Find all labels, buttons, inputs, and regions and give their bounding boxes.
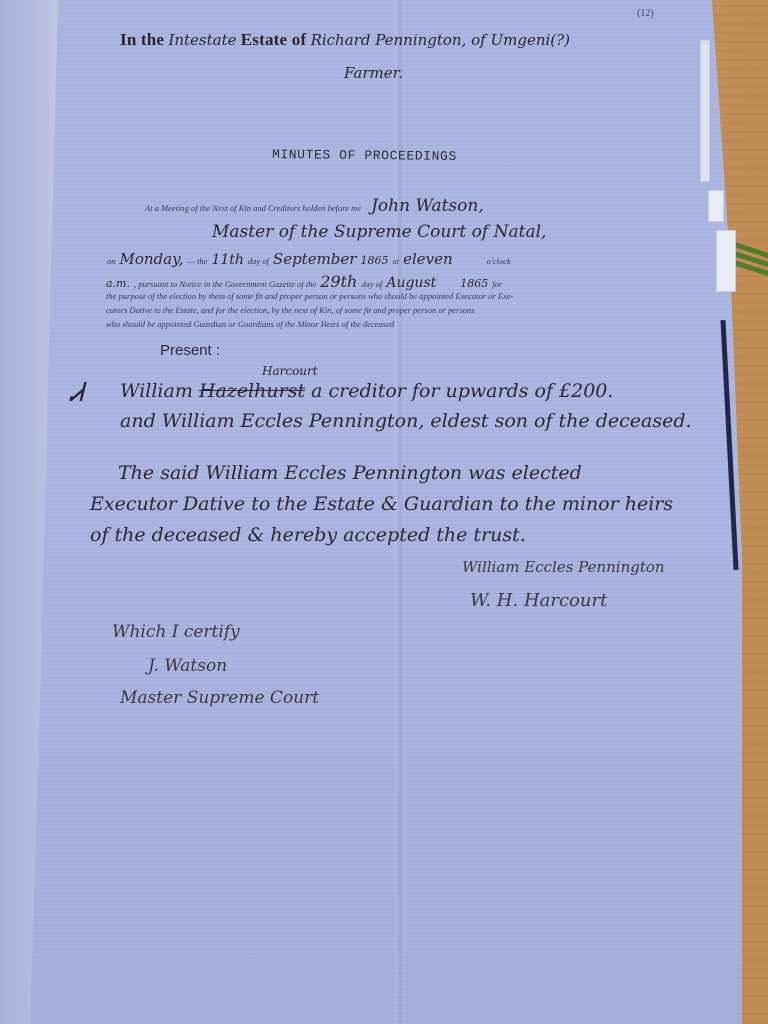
attendee-line-1: William Hazelhurst a creditor for upward… [120,380,613,402]
signature-executor: William Eccles Pennington [462,558,665,576]
certification-signature: J. Watson [148,656,227,676]
printed-day-of: day of [248,256,269,266]
meeting-year: 1865 [360,254,388,267]
printed-gazette-notice: , pursuant to Notice in the Government G… [134,279,316,289]
preamble-printed: At a Meeting of the Next of Kin and Cred… [145,203,361,213]
signature-creditor: W. H. Harcourt [470,590,607,611]
preamble-line-7: who should be appointed Guardian or Guar… [106,319,394,329]
present-label: Present : [160,342,220,359]
heading-estate-of: Estate of [241,30,307,49]
preamble-line-3: on Monday, — the 11th day of September 1… [107,250,511,269]
certification-line-1: Which I certify [112,622,240,642]
gazette-year: 1865 [460,277,488,290]
page-number: (12) [637,8,654,19]
preamble-line-4: a.m. , pursuant to Notice in the Governm… [106,272,502,292]
struck-surname: Hazelhurst [199,380,305,402]
attendee-first-name: William [120,380,193,402]
certification-title: Master Supreme Court [120,688,319,708]
printed-for: for [492,279,502,289]
attendee-marker: Ꮧ [70,378,84,409]
document-title: MINUTES OF PROCEEDINGS [272,147,457,164]
deceased-occupation: Farmer. [344,64,403,82]
printed-day-of-2: day of [361,279,382,289]
meeting-month: September [273,250,357,268]
heading-prefix: In the [120,30,164,49]
preamble-line-6: cutors Dative to the Estate, and for the… [106,305,474,315]
estate-heading: In the Intestate Estate of Richard Penni… [120,30,570,50]
resolution-line-1: The said William Eccles Pennington was e… [118,462,582,484]
paper-tab [716,230,736,292]
attendee-description: a creditor for upwards of £200. [311,380,613,402]
resolution-line-2: Executor Dative to the Estate & Guardian… [90,493,673,515]
master-title: Master of the Supreme Court of Natal, [212,222,546,242]
meeting-weekday: Monday, [120,250,184,268]
attendee-line-2: and William Eccles Pennington, eldest so… [120,410,692,432]
meeting-date: 11th [211,252,243,268]
preamble-line-5: the purpose of the election by them of s… [106,291,513,301]
master-name: John Watson, [371,196,484,216]
deceased-name: Richard Pennington, of Umgeni(?) [311,31,570,49]
gazette-month: August [386,275,436,291]
paper-tab [708,190,724,222]
printed-at: at [392,256,399,266]
resolution-line-3: of the deceased & hereby accepted the tr… [90,524,526,546]
name-insertion: Harcourt [262,364,318,378]
paper-tab [700,40,710,182]
printed-on: on [107,256,116,266]
meeting-hour: eleven [403,250,453,268]
preamble-line-1: At a Meeting of the Next of Kin and Cred… [145,196,484,216]
printed-oclock: o'clock [487,256,511,266]
gazette-day: 29th [320,272,357,291]
meeting-period: a.m. [106,277,130,290]
printed-the: — the [187,256,207,266]
heading-estate-type: Intestate [168,31,236,49]
